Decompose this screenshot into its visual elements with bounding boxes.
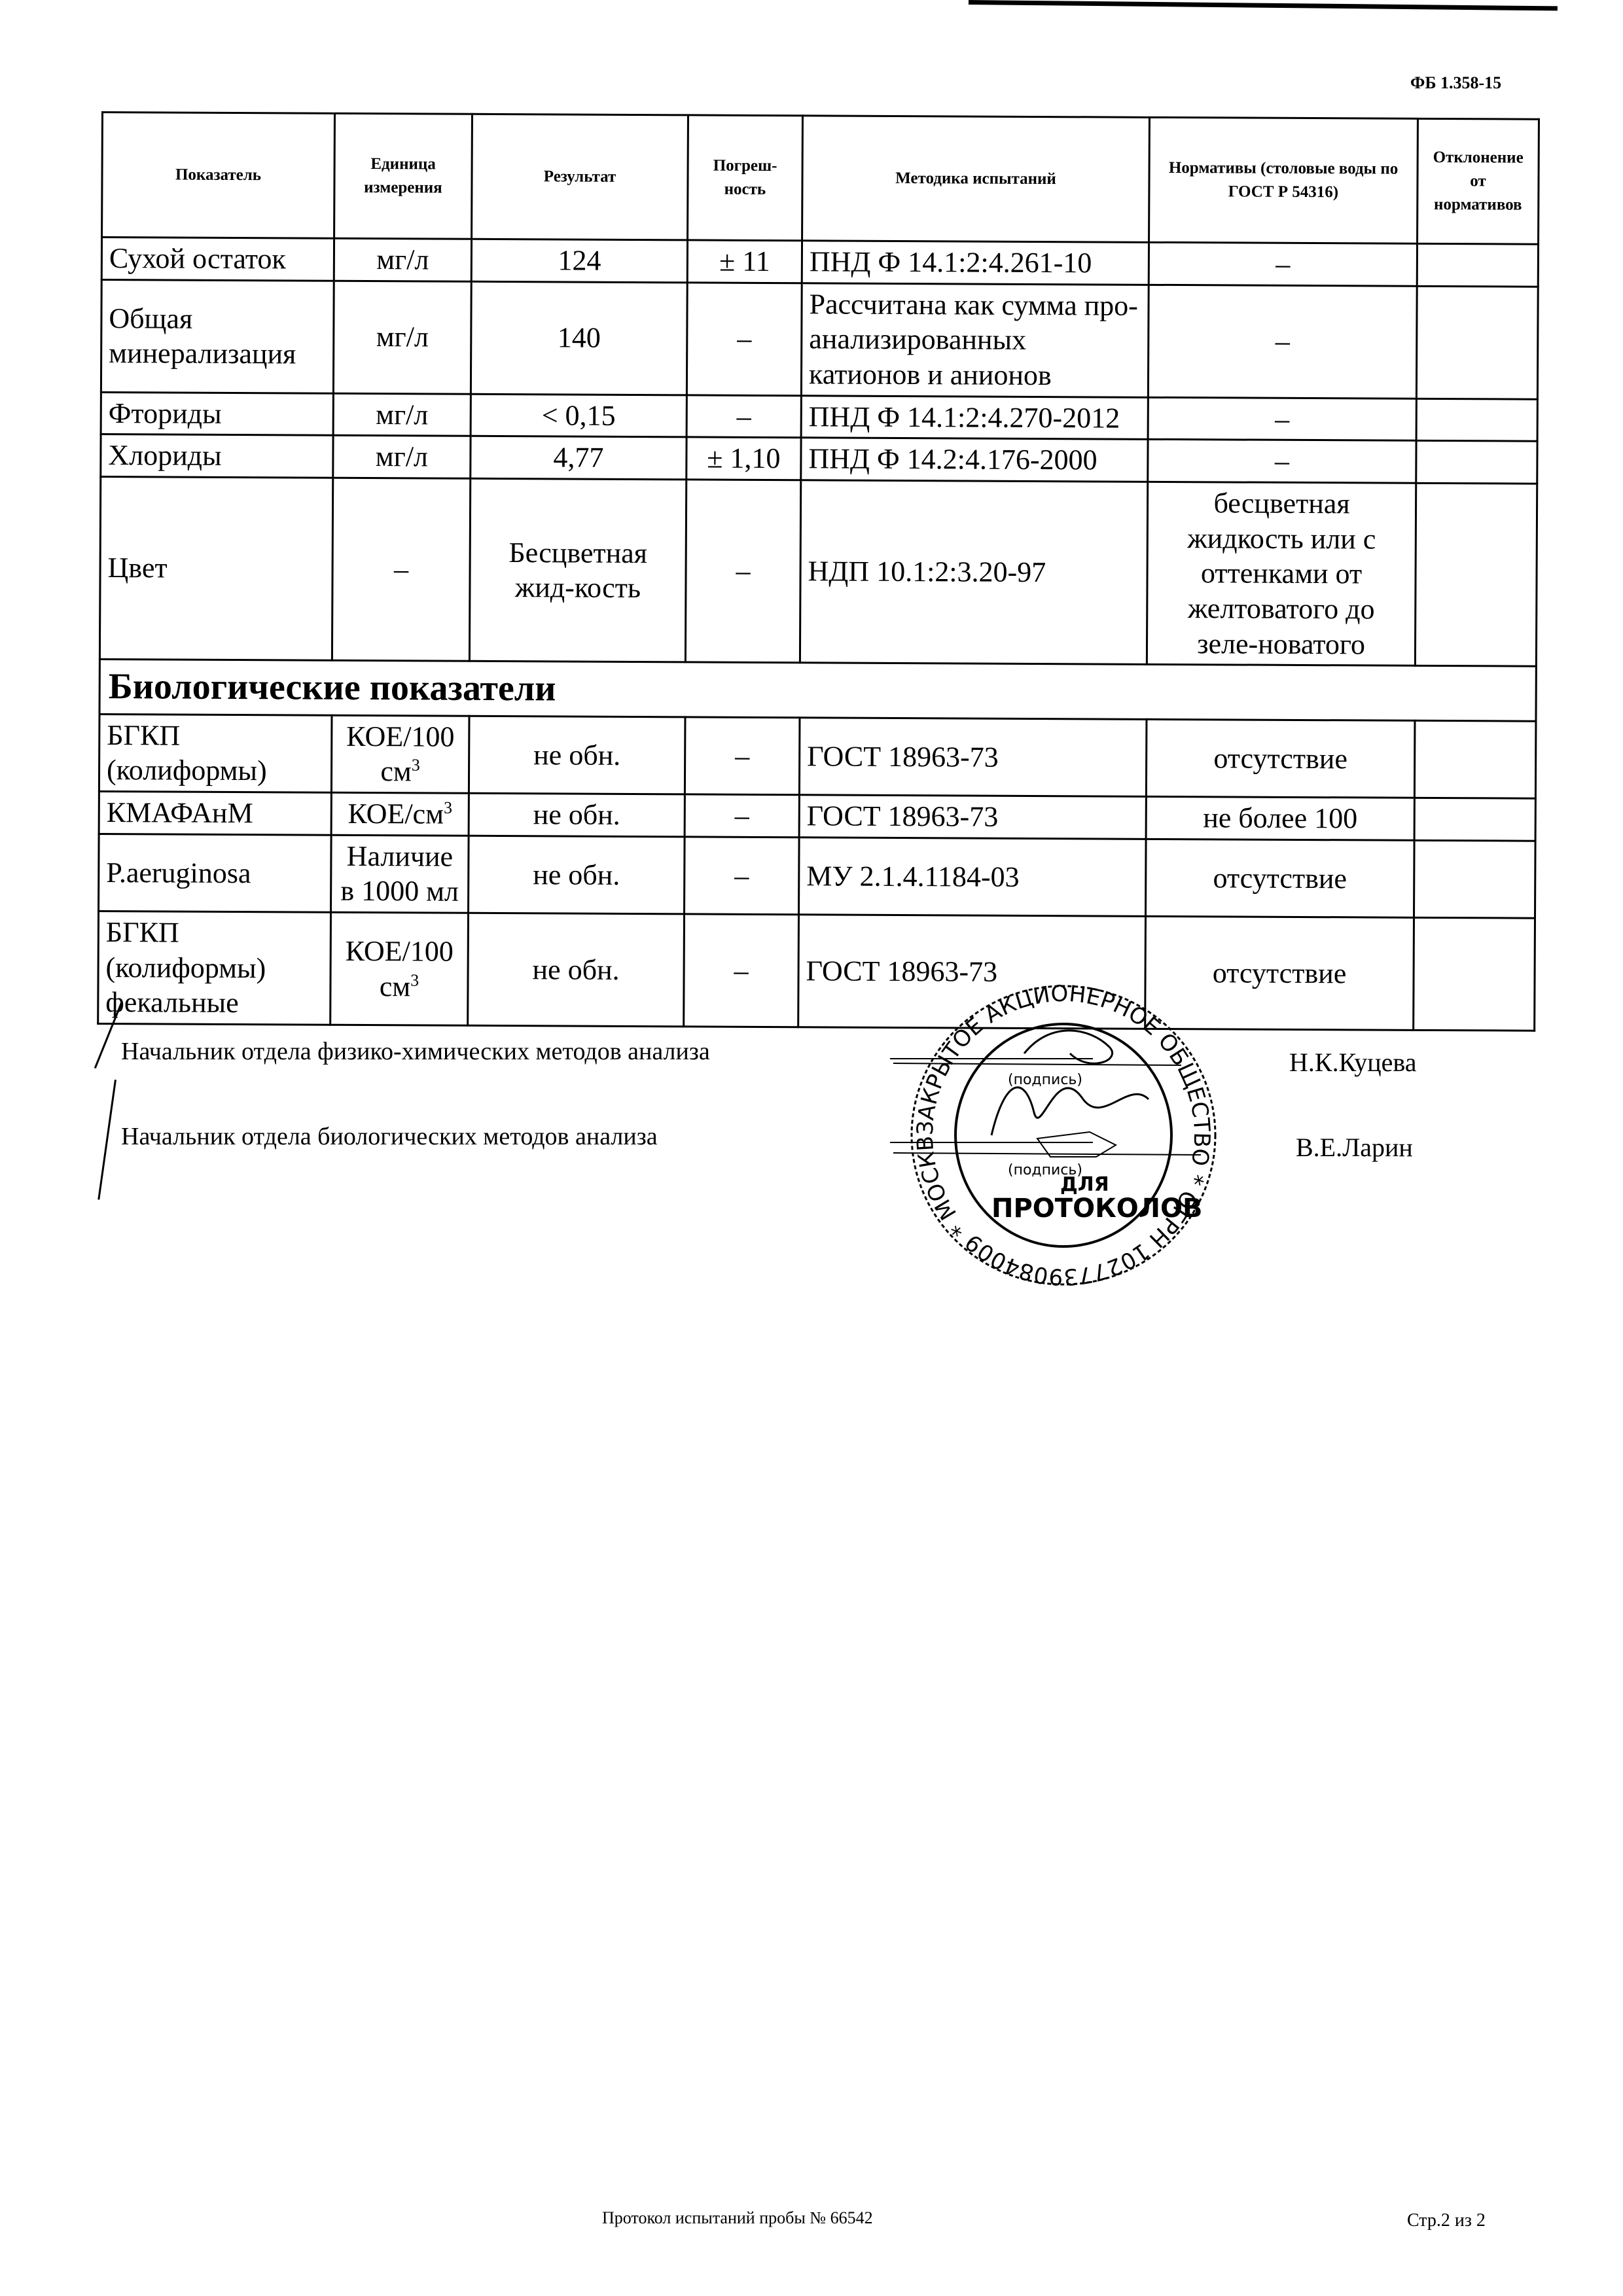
cell-deviation xyxy=(1416,286,1538,399)
table-row: Цвет – Бесцветная жид-кость – НДП 10.1:2… xyxy=(99,477,1537,667)
cell-deviation xyxy=(1416,441,1537,484)
cell-error: – xyxy=(685,837,800,915)
unit-sup: 3 xyxy=(412,756,420,775)
cell-norm: – xyxy=(1148,285,1417,398)
cell-norm: отсутствие xyxy=(1146,719,1415,798)
unit-text: КОЕ/100 см xyxy=(346,720,454,788)
cell-result: не обн. xyxy=(468,913,685,1027)
table-row: КМАФАнМ КОЕ/см3 не обн. – ГОСТ 18963-73 … xyxy=(99,792,1535,841)
cell-result: не обн. xyxy=(469,836,685,914)
cell-method: МУ 2.1.4.1184-03 xyxy=(799,837,1147,916)
cell-result: 140 xyxy=(471,281,687,395)
col-header-indicator: Показатель xyxy=(102,113,335,239)
cell-deviation xyxy=(1414,720,1536,798)
col-header-unit: Единица измерения xyxy=(334,113,473,239)
cell-result: не обн. xyxy=(469,793,685,836)
cell-norm: – xyxy=(1149,242,1417,286)
cell-result: не обн. xyxy=(469,716,685,794)
cell-unit: – xyxy=(332,478,470,661)
signatory-position-1: Начальник отдела физико-химических метод… xyxy=(121,1037,710,1066)
cell-deviation xyxy=(1414,798,1535,841)
cell-norm: – xyxy=(1148,440,1416,484)
cell-result: 124 xyxy=(471,239,687,282)
cell-unit: мг/л xyxy=(334,238,471,281)
table-row: P.aeruginosa Наличие в 1000 мл не обн. –… xyxy=(99,834,1536,918)
col-header-error: Погреш-ность xyxy=(688,115,803,241)
handwritten-mark-2 xyxy=(98,1080,116,1200)
cell-method: ПНД Ф 14.1:2:4.270-2012 xyxy=(801,395,1148,439)
cell-error: – xyxy=(685,794,799,838)
col-header-deviation: Отклонение от нормативов xyxy=(1418,118,1539,244)
table-row: Общая минерализация мг/л 140 – Рассчитан… xyxy=(101,279,1538,399)
stamp-outer-text: ЗАКРЫТОЕ АКЦИОНЕРНОЕ ОБЩЕСТВО * ОГРН 102… xyxy=(893,981,1215,1289)
unit-sup: 3 xyxy=(410,970,419,989)
cell-method: ПНД Ф 14.2:4.176-2000 xyxy=(801,438,1148,482)
cell-indicator: БГКП (колиформы) xyxy=(99,714,332,792)
cell-indicator: Фториды xyxy=(101,392,333,435)
cell-deviation xyxy=(1417,243,1538,287)
footer-page-number: Стр.2 из 2 xyxy=(1407,2210,1486,2231)
cell-indicator: Хлориды xyxy=(101,434,333,478)
results-table-container: Показатель Единица измерения Результат П… xyxy=(97,111,1538,1032)
cell-norm: не более 100 xyxy=(1146,796,1414,840)
cell-result: 4,77 xyxy=(471,436,687,480)
cell-deviation xyxy=(1416,398,1537,442)
cell-indicator: Цвет xyxy=(99,477,332,661)
cell-indicator: Общая минерализация xyxy=(101,279,334,393)
stamp-caption-1: (подпись) xyxy=(1008,1072,1082,1088)
cell-unit: мг/л xyxy=(333,393,471,436)
section-row-biological: Биологические показатели xyxy=(99,660,1536,721)
cell-unit: КОЕ/100 см3 xyxy=(331,715,469,793)
cell-unit: мг/л xyxy=(333,436,471,479)
table-row: Сухой остаток мг/л 124 ± 11 ПНД Ф 14.1:2… xyxy=(101,238,1538,287)
cell-error: – xyxy=(685,480,800,663)
cell-indicator: Сухой остаток xyxy=(101,238,334,281)
cell-result: < 0,15 xyxy=(471,394,687,437)
company-stamp: ЗАКРЫТОЕ АКЦИОНЕРНОЕ ОБЩЕСТВО * ОГРН 102… xyxy=(893,981,1234,1289)
stamp-seal-icon: ЗАКРЫТОЕ АКЦИОНЕРНОЕ ОБЩЕСТВО * ОГРН 102… xyxy=(893,981,1234,1289)
cell-deviation xyxy=(1414,917,1535,1031)
cell-method: ГОСТ 18963-73 xyxy=(799,795,1146,839)
cell-method: ГОСТ 18963-73 xyxy=(799,717,1147,796)
cell-norm: отсутствие xyxy=(1146,839,1415,917)
cell-error: – xyxy=(685,717,800,795)
cell-deviation xyxy=(1415,483,1537,666)
cell-error: – xyxy=(687,283,802,396)
signatory-position-2: Начальник отдела биологических методов а… xyxy=(121,1122,658,1151)
col-header-result: Результат xyxy=(472,114,688,240)
cell-error: ± 1,10 xyxy=(687,437,801,480)
col-header-norm: Нормативы (столовые воды по ГОСТ Р 54316… xyxy=(1149,117,1418,243)
cell-indicator: P.aeruginosa xyxy=(99,834,332,912)
table-header-row: Показатель Единица измерения Результат П… xyxy=(102,113,1539,245)
col-header-method: Методика испытаний xyxy=(802,116,1150,243)
cell-method: Рассчитана как сумма про-анализированных… xyxy=(801,283,1149,397)
cell-unit: Наличие в 1000 мл xyxy=(331,835,469,913)
unit-sup: 3 xyxy=(444,798,452,817)
signatory-name-1: Н.К.Куцева xyxy=(1289,1047,1417,1078)
cell-unit: КОЕ/100 см3 xyxy=(330,912,469,1025)
cell-unit: мг/л xyxy=(333,281,471,394)
section-title: Биологические показатели xyxy=(99,660,1536,721)
form-code: ФБ 1.358-15 xyxy=(1410,73,1501,93)
unit-text: Наличие в 1000 мл xyxy=(340,840,459,908)
table-row: Хлориды мг/л 4,77 ± 1,10 ПНД Ф 14.2:4.17… xyxy=(101,434,1537,484)
unit-text: КОЕ/100 см xyxy=(346,935,454,1002)
table-row: Фториды мг/л < 0,15 – ПНД Ф 14.1:2:4.270… xyxy=(101,392,1537,441)
scan-edge-line xyxy=(969,0,1558,10)
cell-error: – xyxy=(687,395,801,438)
stamp-inner-text-1: ДЛЯ xyxy=(1060,1173,1109,1196)
cell-norm: бесцветная жидкость или с оттенками от ж… xyxy=(1147,482,1416,665)
cell-deviation xyxy=(1414,840,1536,918)
table-row: БГКП (колиформы) фекальные КОЕ/100 см3 н… xyxy=(98,911,1535,1031)
cell-norm: – xyxy=(1148,397,1416,441)
unit-text: КОЕ/см xyxy=(348,798,444,830)
results-table: Показатель Единица измерения Результат П… xyxy=(97,111,1540,1032)
stamp-inner-text-2: ПРОТОКОЛОВ xyxy=(991,1193,1203,1224)
footer-protocol-number: Протокол испытаний пробы № 66542 xyxy=(602,2208,873,2228)
cell-error: – xyxy=(684,914,799,1027)
cell-error: ± 11 xyxy=(687,240,802,283)
cell-method: ПНД Ф 14.1:2:4.261-10 xyxy=(802,241,1149,285)
cell-result: Бесцветная жид-кость xyxy=(469,478,686,662)
svg-text:ЗАКРЫТОЕ АКЦИОНЕРНОЕ ОБЩЕСТВО: ЗАКРЫТОЕ АКЦИОНЕРНОЕ ОБЩЕСТВО * ОГРН 102… xyxy=(893,981,1215,1289)
cell-indicator: БГКП (колиформы) фекальные xyxy=(98,911,331,1025)
cell-method: НДП 10.1:2:3.20-97 xyxy=(800,480,1147,665)
table-row: БГКП (колиформы) КОЕ/100 см3 не обн. – Г… xyxy=(99,714,1536,798)
cell-unit: КОЕ/см3 xyxy=(331,792,469,836)
cell-indicator: КМАФАнМ xyxy=(99,792,331,835)
signatory-name-2: В.Е.Ларин xyxy=(1296,1132,1413,1163)
